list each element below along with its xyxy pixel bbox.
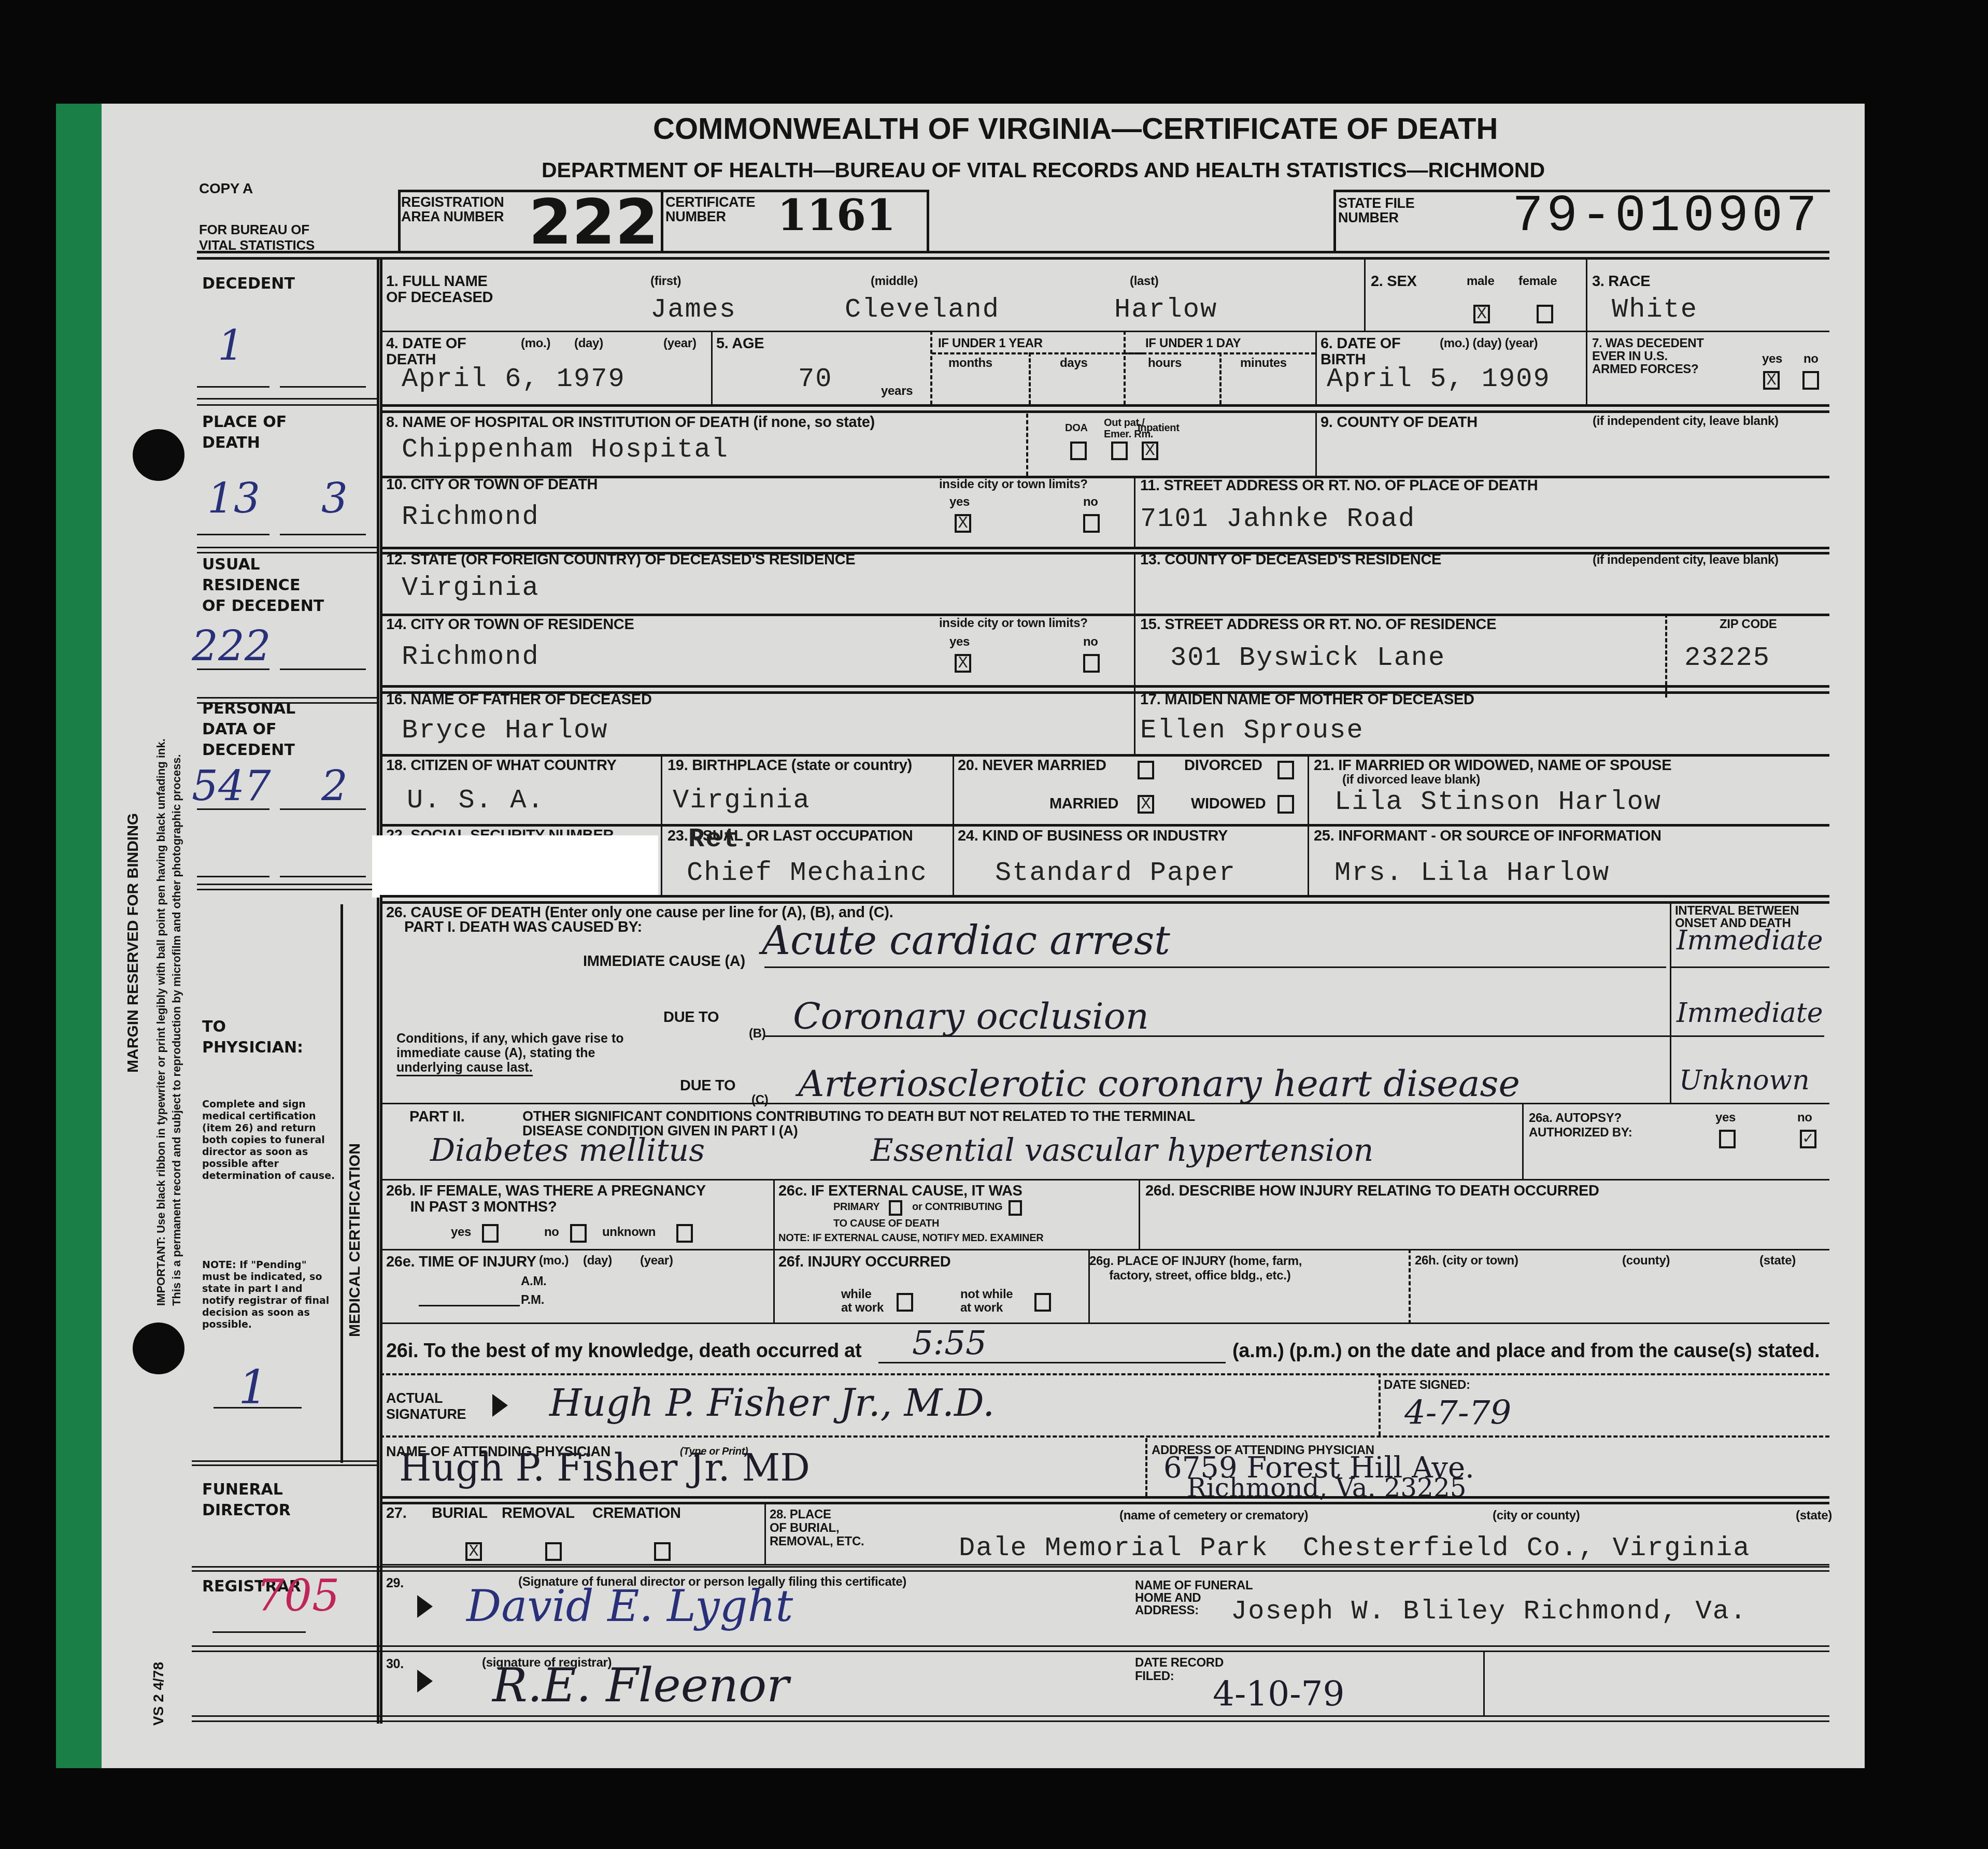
- age-value[interactable]: 70: [798, 364, 832, 394]
- am-label: A.M.: [521, 1275, 546, 1288]
- punch-hole: [133, 1322, 184, 1374]
- sex-female-checkbox[interactable]: [1537, 305, 1553, 323]
- state-file-number: 79-010907: [1512, 188, 1820, 246]
- date-signed-value[interactable]: 4-7-79: [1404, 1394, 1511, 1432]
- residence-code: 222: [192, 622, 271, 670]
- father-name-value[interactable]: Bryce Harlow: [402, 715, 608, 746]
- f10-no-label: no: [1083, 495, 1098, 509]
- f13-label: 13. COUNTY OF DECEASED'S RESIDENCE: [1140, 552, 1441, 568]
- f14-yes-label: yes: [949, 635, 970, 649]
- pregnancy-yes-checkbox[interactable]: [482, 1224, 499, 1243]
- armed-no-label: no: [1804, 352, 1819, 366]
- funeral-home-value[interactable]: Joseph W. Bliley Richmond, Va.: [1231, 1596, 1747, 1627]
- to-cause-label: TO CAUSE OF DEATH: [833, 1218, 939, 1229]
- f4-label: 4. DATE OF DEATH: [386, 336, 466, 368]
- f14-limits-label: inside city or town limits?: [939, 617, 1088, 630]
- registration-number: 222: [529, 192, 659, 254]
- removal-label: REMOVAL: [502, 1505, 575, 1521]
- widowed-checkbox[interactable]: [1277, 795, 1294, 814]
- interval-b-value[interactable]: Immediate: [1677, 998, 1823, 1029]
- f26h-label: 26h. (city or town): [1415, 1254, 1518, 1268]
- certificate-number: 1161: [777, 191, 896, 240]
- f26e-label: 26e. TIME OF INJURY: [386, 1254, 536, 1270]
- important-note-line-2: This is a permanent record and subject t…: [170, 754, 183, 1306]
- f10-label: 10. CITY OR TOWN OF DEATH: [386, 477, 598, 493]
- certificate-title: COMMONWEALTH OF VIRGINIA—CERTIFICATE OF …: [653, 111, 1498, 146]
- f21-hint: (if divorced leave blank): [1342, 773, 1480, 787]
- injury-day-label: (day): [583, 1254, 612, 1268]
- conditions-note: Conditions, if any, which gave rise to i…: [396, 1031, 640, 1060]
- first-name-label: (first): [650, 275, 681, 288]
- middle-name-value[interactable]: Cleveland: [845, 294, 1000, 325]
- f28-label: 28. PLACE OF BURIAL, REMOVAL, ETC.: [770, 1508, 864, 1548]
- f2-label: 2. SEX: [1371, 274, 1416, 290]
- date-of-birth-value[interactable]: April 5, 1909: [1327, 364, 1551, 394]
- pregnancy-no-label: no: [544, 1226, 559, 1239]
- place-of-burial-value[interactable]: Dale Memorial Park Chesterfield Co., Vir…: [959, 1533, 1750, 1563]
- registrar-arrow-icon: [417, 1670, 433, 1692]
- copy-label: COPY A: [199, 180, 253, 196]
- personal-code-1: 547: [192, 762, 271, 810]
- armed-yes-label: yes: [1762, 352, 1782, 366]
- date-signed-label: DATE SIGNED:: [1384, 1378, 1470, 1392]
- city-of-residence-value[interactable]: Richmond: [402, 642, 539, 672]
- inpatient-checkbox[interactable]: X: [1142, 442, 1158, 460]
- f19-label: 19. BIRTHPLACE (state or country): [668, 758, 912, 774]
- pending-note: NOTE: If "Pending" must be indicated, so…: [202, 1259, 337, 1331]
- citizenship-value[interactable]: U. S. A.: [407, 785, 545, 816]
- last-name-label: (last): [1130, 275, 1159, 288]
- f7-label: 7. WAS DECEDENT EVER IN U.S. ARMED FORCE…: [1592, 337, 1704, 376]
- autopsy-yes-label: yes: [1715, 1111, 1736, 1125]
- date-filed-label: DATE RECORD FILED:: [1135, 1656, 1224, 1683]
- f30-label: 30.: [386, 1656, 404, 1672]
- outpatient-checkbox[interactable]: [1111, 442, 1128, 460]
- married-checkbox[interactable]: X: [1138, 795, 1154, 814]
- autopsy-yes-checkbox[interactable]: [1719, 1130, 1736, 1148]
- occupation-prefix: Ret.: [688, 824, 757, 855]
- due-to-c-label: DUE TO: [680, 1078, 735, 1094]
- f26i-label-start: 26i. To the best of my knowledge, death …: [386, 1343, 861, 1359]
- section-decedent: DECEDENT: [202, 274, 295, 294]
- state-file-label: STATE FILE NUMBER: [1338, 196, 1415, 225]
- f5-label: 5. AGE: [716, 336, 764, 352]
- cause-b-value[interactable]: Coronary occlusion: [793, 995, 1149, 1037]
- f10-yes-label: yes: [949, 495, 970, 509]
- f9-hint: (if independent city, leave blank): [1593, 415, 1779, 428]
- pregnancy-unknown-label: unknown: [602, 1226, 656, 1239]
- pregnancy-yes-label: yes: [451, 1226, 471, 1239]
- race-value[interactable]: White: [1612, 294, 1698, 325]
- immediate-cause-label: IMMEDIATE CAUSE (A): [583, 954, 745, 970]
- decedent-code: 1: [218, 321, 244, 369]
- personal-code-2: 2: [321, 762, 348, 810]
- bureau-label: FOR BUREAU OF VITAL STATISTICS: [199, 222, 315, 253]
- department-subtitle: DEPARTMENT OF HEALTH—BUREAU OF VITAL REC…: [542, 158, 1545, 182]
- hours-label: hours: [1148, 357, 1182, 370]
- f26g-label: 26g. PLACE OF INJURY (home, farm, factor…: [1089, 1254, 1302, 1283]
- certificate-label: CERTIFICATE NUMBER: [665, 195, 755, 224]
- interval-c-value[interactable]: Unknown: [1679, 1065, 1810, 1096]
- place-code-2: 3: [321, 474, 348, 522]
- section-personal-data: PERSONAL DATA OF DECEDENT: [202, 699, 295, 761]
- f26d-label: 26d. DESCRIBE HOW INJURY RELATING TO DEA…: [1145, 1183, 1599, 1199]
- f16-label: 16. NAME OF FATHER OF DECEASED: [386, 692, 652, 708]
- f26i-label-end: (a.m.) (p.m.) on the date and place and …: [1232, 1343, 1820, 1359]
- mother-name-value[interactable]: Ellen Sprouse: [1140, 715, 1364, 746]
- spouse-name-value[interactable]: Lila Stinson Harlow: [1334, 787, 1662, 817]
- f14-label: 14. CITY OR TOWN OF RESIDENCE: [386, 617, 634, 633]
- form-number: VS 2 4/78: [150, 1662, 167, 1726]
- city-county-label: (city or county): [1493, 1509, 1580, 1523]
- part2-value-2[interactable]: Essential vascular hypertension: [871, 1132, 1373, 1169]
- residence-address-value[interactable]: 301 Byswick Lane: [1170, 643, 1445, 673]
- place-of-death-address-value[interactable]: 7101 Jahnke Road: [1140, 504, 1415, 534]
- first-name-value[interactable]: James: [650, 294, 736, 325]
- never-married-checkbox[interactable]: [1138, 761, 1154, 779]
- f9-label: 9. COUNTY OF DEATH: [1320, 415, 1478, 431]
- under-1-day-label: IF UNDER 1 DAY: [1145, 337, 1241, 350]
- f14-no-label: no: [1083, 635, 1098, 649]
- while-at-work-label: while at work: [841, 1288, 884, 1315]
- state-label: (state): [1759, 1254, 1796, 1268]
- cause-c-value[interactable]: Arteriosclerotic coronary heart disease: [798, 1062, 1520, 1105]
- part1-label: PART I. DEATH WAS CAUSED BY:: [404, 919, 642, 935]
- male-label: male: [1467, 275, 1495, 288]
- green-binding-strip: [56, 104, 102, 1768]
- doa-checkbox[interactable]: [1070, 442, 1087, 460]
- date-of-death-value[interactable]: April 6, 1979: [402, 364, 626, 394]
- f10-no-checkbox[interactable]: [1083, 514, 1100, 533]
- age-unit: years: [881, 385, 913, 398]
- interval-a-value[interactable]: Immediate: [1677, 925, 1823, 956]
- hospital-value[interactable]: Chippenham Hospital: [402, 434, 729, 465]
- f3-label: 3. RACE: [1592, 274, 1650, 290]
- f10-limits-label: inside city or town limits?: [939, 478, 1088, 491]
- f26c-label: 26c. IF EXTERNAL CAUSE, IT WAS: [778, 1183, 1023, 1199]
- f21-label: 21. IF MARRIED OR WIDOWED, NAME OF SPOUS…: [1314, 758, 1671, 774]
- autopsy-no-checkbox[interactable]: ✓: [1800, 1130, 1816, 1148]
- months-label: months: [948, 357, 992, 370]
- f15-label: 15. STREET ADDRESS OR RT. NO. OF RESIDEN…: [1140, 617, 1496, 633]
- armed-forces-no-checkbox[interactable]: [1802, 371, 1819, 390]
- state-of-residence-value[interactable]: Virginia: [402, 573, 539, 603]
- not-while-at-work-checkbox[interactable]: [1034, 1293, 1051, 1312]
- section-funeral-director: FUNERAL DIRECTOR: [202, 1480, 291, 1521]
- important-note-line-1: IMPORTANT: Use black ribbon in typewrite…: [154, 738, 168, 1306]
- death-day-label: (day): [574, 337, 603, 350]
- punch-hole: [133, 429, 184, 481]
- birthplace-value[interactable]: Virginia: [673, 785, 811, 816]
- death-month-label: (mo.): [521, 337, 550, 350]
- divorced-label: DIVORCED: [1184, 758, 1262, 774]
- business-value[interactable]: Standard Paper: [995, 858, 1236, 888]
- f29-label: 29.: [386, 1575, 404, 1591]
- primary-checkbox[interactable]: [889, 1200, 902, 1216]
- f11-label: 11. STREET ADDRESS OR RT. NO. OF PLACE O…: [1140, 478, 1538, 494]
- part2-value-1[interactable]: Diabetes mellitus: [430, 1132, 705, 1169]
- inpatient-label: Inpatient: [1138, 422, 1180, 434]
- c-label: (C): [751, 1093, 768, 1107]
- cremation-label: CREMATION: [592, 1505, 681, 1521]
- occupation-value[interactable]: Chief Mechainc: [687, 858, 928, 888]
- removal-checkbox[interactable]: [545, 1542, 562, 1561]
- county-label: (county): [1622, 1254, 1670, 1268]
- minutes-label: minutes: [1240, 357, 1287, 370]
- registrar-code: 705: [257, 1570, 339, 1621]
- place-code-1: 13: [207, 474, 260, 522]
- married-label: MARRIED: [1049, 796, 1118, 812]
- armed-forces-yes-checkbox[interactable]: X: [1763, 371, 1780, 390]
- f14-yes-checkbox[interactable]: X: [955, 654, 971, 673]
- birth-mdy-label: (mo.) (day) (year): [1440, 337, 1538, 350]
- due-to-b-label: DUE TO: [663, 1009, 719, 1026]
- zip-value[interactable]: 23225: [1684, 643, 1770, 673]
- sex-male-checkbox[interactable]: X: [1473, 305, 1490, 323]
- burial-checkbox[interactable]: X: [465, 1542, 482, 1561]
- last-name-value[interactable]: Harlow: [1114, 294, 1217, 325]
- funeral-director-signature[interactable]: David E. Lyght: [466, 1581, 793, 1631]
- f26f-label: 26f. INJURY OCCURRED: [778, 1254, 950, 1270]
- death-year-label: (year): [663, 337, 697, 350]
- f10-yes-checkbox[interactable]: X: [955, 514, 971, 533]
- contributing-label: or CONTRIBUTING: [912, 1201, 1002, 1213]
- widowed-label: WIDOWED: [1191, 796, 1266, 812]
- doa-label: DOA: [1065, 422, 1088, 434]
- not-while-at-work-label: not while at work: [960, 1288, 1013, 1315]
- part2-label: PART II.: [409, 1109, 465, 1125]
- physician-instructions: Complete and sign medical certification …: [202, 1099, 337, 1182]
- f25-label: 25. INFORMANT - OR SOURCE OF INFORMATION: [1314, 828, 1662, 844]
- while-at-work-checkbox[interactable]: [897, 1293, 913, 1312]
- external-cause-note: NOTE: IF EXTERNAL CAUSE, NOTIFY MED. EXA…: [778, 1232, 1043, 1244]
- f6-label: 6. DATE OF BIRTH: [1320, 336, 1400, 368]
- registration-label: REGISTRATION AREA NUMBER: [401, 195, 504, 224]
- physician-signature[interactable]: Hugh P. Fisher Jr., M.D.: [549, 1381, 995, 1425]
- f24-label: 24. KIND OF BUSINESS OR INDUSTRY: [958, 828, 1228, 844]
- binding-margin-text: MARGIN RESERVED FOR BINDING: [124, 813, 142, 1073]
- days-label: days: [1060, 357, 1088, 370]
- f26a-label: 26a. AUTOPSY? AUTHORIZED BY:: [1529, 1111, 1632, 1140]
- cause-a-value[interactable]: Acute cardiac arrest: [762, 917, 1170, 963]
- cemetery-label: (name of cemetery or crematory): [1119, 1509, 1308, 1523]
- f8-label: 8. NAME OF HOSPITAL OR INSTITUTION OF DE…: [386, 415, 875, 431]
- f1-label: 1. FULL NAME OF DECEASED: [386, 274, 493, 306]
- informant-value[interactable]: Mrs. Lila Harlow: [1334, 858, 1610, 888]
- conditions-underline: underlying cause last.: [396, 1060, 533, 1076]
- f26b-label: 26b. IF FEMALE, WAS THERE A PREGNANCY IN…: [386, 1183, 706, 1215]
- city-of-death-value[interactable]: Richmond: [402, 502, 539, 532]
- date-filed-value[interactable]: 4-10-79: [1213, 1674, 1345, 1714]
- primary-label: PRIMARY: [833, 1201, 879, 1213]
- cremation-checkbox[interactable]: [654, 1542, 671, 1561]
- never-married-label: 20. NEVER MARRIED: [958, 758, 1106, 774]
- section-to-physician: TO PHYSICIAN:: [202, 1017, 303, 1058]
- registrar-signature[interactable]: R.E. Fleenor: [492, 1658, 789, 1713]
- signature-arrow-icon: [492, 1394, 508, 1417]
- pregnancy-no-checkbox[interactable]: [570, 1224, 587, 1243]
- section-usual-residence: USUAL RESIDENCE OF DECEDENT: [202, 554, 324, 617]
- b-label: (B): [749, 1027, 765, 1041]
- f13-hint: (if independent city, leave blank): [1593, 553, 1779, 567]
- attending-physician-value[interactable]: Hugh P. Fisher Jr. MD: [399, 1446, 810, 1489]
- burial-state-label: (state): [1796, 1509, 1832, 1523]
- signature-label: ACTUAL SIGNATURE: [386, 1390, 466, 1423]
- burial-label: BURIAL: [432, 1505, 488, 1521]
- middle-name-label: (middle): [871, 275, 918, 288]
- injury-year-label: (year): [640, 1254, 673, 1268]
- funeral-director-arrow-icon: [417, 1595, 433, 1618]
- f27-label: 27.: [386, 1505, 406, 1521]
- pregnancy-unknown-checkbox[interactable]: [676, 1224, 693, 1243]
- f17-label: 17. MAIDEN NAME OF MOTHER OF DECEASED: [1140, 692, 1474, 708]
- time-of-death-value[interactable]: 5:55: [912, 1324, 987, 1362]
- section-place-of-death: PLACE OF DEATH: [202, 412, 287, 453]
- f18-label: 18. CITIZEN OF WHAT COUNTRY: [386, 758, 617, 774]
- contributing-checkbox[interactable]: [1009, 1200, 1022, 1216]
- medical-certification-label: MEDICAL CERTIFICATION: [346, 1143, 364, 1337]
- pm-label: P.M.: [521, 1293, 544, 1307]
- autopsy-no-label: no: [1797, 1111, 1812, 1125]
- zip-label: ZIP CODE: [1720, 618, 1777, 631]
- f14-no-checkbox[interactable]: [1083, 654, 1100, 673]
- ssn-redaction: [372, 835, 658, 898]
- under-1-year-label: IF UNDER 1 YEAR: [938, 337, 1043, 350]
- female-label: female: [1518, 275, 1557, 288]
- injury-month-label: (mo.): [539, 1254, 569, 1268]
- f12-label: 12. STATE (OR FOREIGN COUNTRY) OF DECEAS…: [386, 552, 855, 568]
- divorced-checkbox[interactable]: [1277, 761, 1294, 779]
